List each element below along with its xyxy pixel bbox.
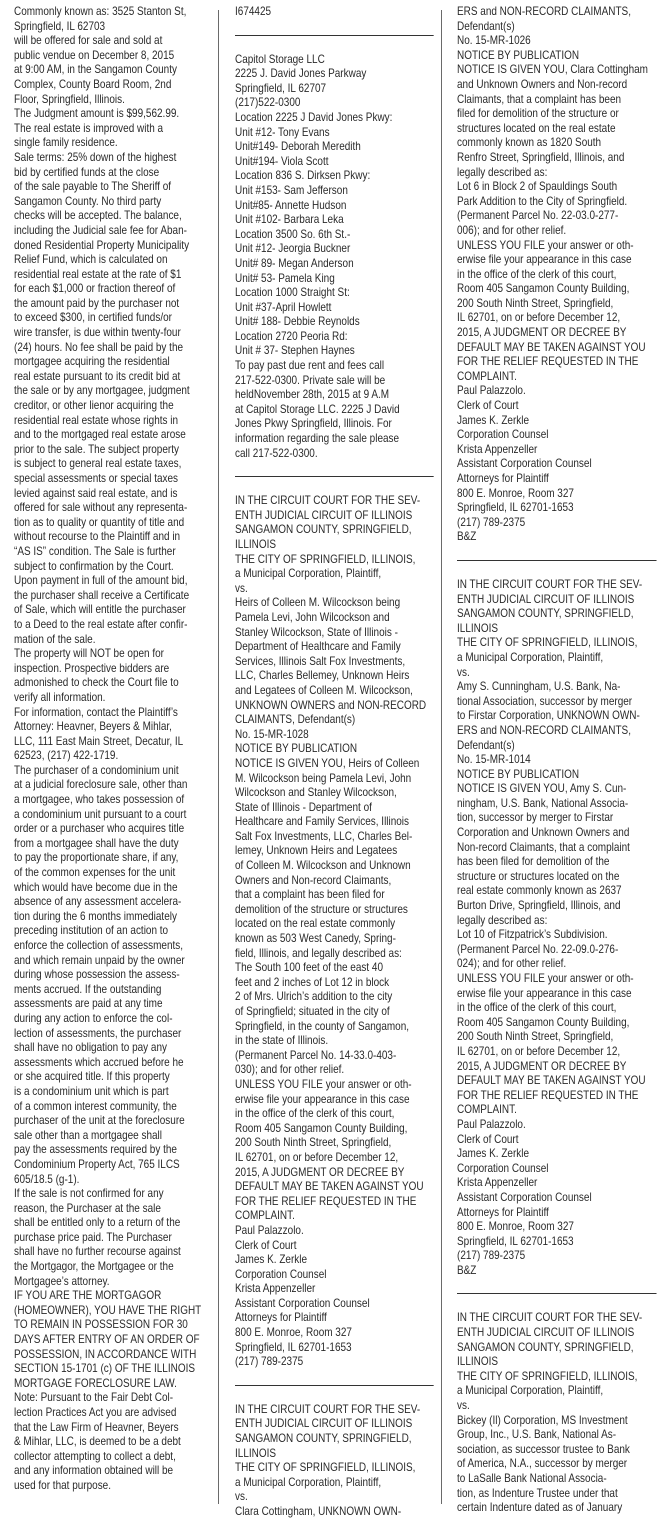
notice-text-line: located on the real estate commonly: [235, 917, 434, 932]
legal-notice: Capitol Storage LLC2225 J. David Jones P…: [235, 53, 434, 462]
notice-text-line: 024); and for other relief.: [457, 957, 657, 972]
notice-text-line: known as 503 West Canedy, Spring-: [235, 932, 434, 947]
notice-text-line: (217)522-0300: [235, 96, 434, 111]
notice-text-line: ERS and NON-RECORD CLAIMANTS,: [457, 5, 657, 20]
notice-text-line: feet and 2 inches of Lot 12 in block: [235, 976, 434, 991]
notice-text-line: legally described as:: [457, 166, 657, 181]
notice-text-line: Attorneys for Plaintiff: [235, 1311, 434, 1326]
notice-text-line: verify all information.: [14, 691, 213, 706]
notice-text-line: Complex, County Board Room, 2nd: [14, 78, 213, 93]
notice-text-line: “AS IS” condition. The Sale is further: [14, 545, 213, 560]
notice-text-line: lection Practices Act you are advised: [14, 1406, 213, 1421]
notice-text-line: Unit #153- Sam Jefferson: [235, 184, 434, 199]
column-divider-right: [441, 10, 442, 1504]
notice-text-line: Sale terms: 25% down of the highest: [14, 151, 213, 166]
notice-text-line: THE CITY OF SPRINGFIELD, ILLINOIS,: [457, 1370, 657, 1385]
notice-text-line: Attorneys for Plaintiff: [457, 1206, 657, 1221]
notice-text-line: call 217-522-0300.: [235, 447, 434, 462]
notice-text-line: to exceed $300, in certified funds/or: [14, 311, 213, 326]
notice-text-line: in the office of the clerk of this court…: [457, 1001, 657, 1016]
notice-text-line: Krista Appenzeller: [235, 1282, 434, 1297]
legal-notice: Commonly known as: 3525 Stanton St,Sprin…: [14, 5, 213, 1494]
notice-text-line: Assistant Corporation Counsel: [235, 1297, 434, 1312]
notice-text-line: SANGAMON COUNTY, SPRINGFIELD,: [457, 607, 657, 622]
column-right: ERS and NON-RECORD CLAIMANTS,Defendant(s…: [457, 5, 657, 1516]
notice-text-line: Note: Pursuant to the Fair Debt Col-: [14, 1391, 213, 1406]
notice-text-line: Claimants, that a complaint has been: [457, 93, 657, 108]
notice-text-line: Capitol Storage LLC: [235, 53, 434, 68]
notice-text-line: NOTICE BY PUBLICATION: [235, 742, 434, 757]
notice-text-line: tional Association, successor by merger: [457, 695, 657, 710]
notice-text-line: absence of any assessment accelera-: [14, 895, 213, 910]
notice-text-line: Springfield, IL 62701-1653: [235, 1341, 434, 1356]
notice-text-line: 200 South Ninth Street, Springfield,: [457, 1030, 657, 1045]
notice-text-line: 2015, A JUDGMENT OR DECREE BY: [235, 1166, 434, 1181]
notice-text-line: NOTICE IS GIVEN YOU, Amy S. Cun-: [457, 782, 657, 797]
notice-text-line: ments accrued. If the outstanding: [14, 983, 213, 998]
notice-text-line: in the office of the clerk of this court…: [457, 268, 657, 283]
notice-text-line: residential real estate at the rate of $…: [14, 268, 213, 283]
notice-text-line: doned Residential Property Municipality: [14, 239, 213, 254]
notice-text-line: a Municipal Corporation, Plaintiff,: [457, 651, 657, 666]
notice-text-line: CLAIMANTS, Defendant(s): [235, 713, 434, 728]
notice-text-line: Location 3500 So. 6th St.-: [235, 228, 434, 243]
notice-text-line: POSSESSION, IN ACCORDANCE WITH: [14, 1348, 213, 1363]
notice-text-line: creditor, or other lienor acquiring the: [14, 399, 213, 414]
notice-text-line: The Judgment amount is $99,562.99.: [14, 107, 213, 122]
notice-text-line: The property will NOT be open for: [14, 647, 213, 662]
notice-text-line: Floor, Springfield, Illinois.: [14, 93, 213, 108]
notice-text-line: 800 E. Monroe, Room 327: [235, 1326, 434, 1341]
notice-text-line: to a Deed to the real estate after confi…: [14, 618, 213, 633]
notice-text-line: filed for demolition of the structure or: [457, 107, 657, 122]
notice-text-line: Room 405 Sangamon County Building,: [235, 1122, 434, 1137]
notice-text-line: of the common expenses for the unit: [14, 866, 213, 881]
notice-text-line: ILLINOIS: [235, 538, 434, 553]
notice-text-line: Sangamon County. No third party: [14, 195, 213, 210]
notice-text-line: a condominium unit pursuant to a court: [14, 808, 213, 823]
notice-text-line: real estate commonly known as 2637: [457, 884, 657, 899]
notice-text-line: Renfro Street, Springfield, Illinois, an…: [457, 151, 657, 166]
notice-text-line: has been filed for demolition of the: [457, 855, 657, 870]
notice-text-line: single family residence.: [14, 136, 213, 151]
notice-text-line: wire transfer, is due within twenty-four: [14, 326, 213, 341]
notice-text-line: 200 South Ninth Street, Springfield,: [457, 297, 657, 312]
notice-text-line: Salt Fox Investments, LLC, Charles Bel-: [235, 830, 434, 845]
notice-text-line: information regarding the sale please: [235, 432, 434, 447]
notice-text-line: Clerk of Court: [457, 399, 657, 414]
notice-text-line: Paul Palazzolo.: [235, 1224, 434, 1239]
notice-text-line: Corporation and Unknown Owners and: [457, 826, 657, 841]
notice-text-line: collector attempting to collect a debt,: [14, 1450, 213, 1465]
notice-text-line: Room 405 Sangamon County Building,: [457, 282, 657, 297]
notice-text-line: erwise file your appearance in this case: [457, 987, 657, 1002]
notice-text-line: structure or structures located on the: [457, 870, 657, 885]
notice-text-line: a Municipal Corporation, Plaintiff,: [235, 1476, 434, 1491]
notice-text-line: Location 836 S. Dirksen Pkwy:: [235, 169, 434, 184]
notice-text-line: DEFAULT MAY BE TAKEN AGAINST YOU: [457, 1074, 657, 1089]
notice-text-line: The South 100 feet of the east 40: [235, 961, 434, 976]
notice-text-line: heldNovember 28th, 2015 at 9 A.M: [235, 388, 434, 403]
notice-text-line: M. Wilcockson being Pamela Levi, John: [235, 772, 434, 787]
notice-text-line: 800 E. Monroe, Room 327: [457, 487, 657, 502]
notice-text-line: FOR THE RELIEF REQUESTED IN THE: [457, 1089, 657, 1104]
notice-text-line: Springfield, IL 62701-1653: [457, 501, 657, 516]
notice-text-line: Clerk of Court: [457, 1133, 657, 1148]
notice-text-line: public vendue on December 8, 2015: [14, 49, 213, 64]
notice-text-line: from a mortgagee shall have the duty: [14, 837, 213, 852]
notice-text-line: Attorney: Heavner, Beyers & Mihlar,: [14, 720, 213, 735]
notice-text-line: ILLINOIS: [457, 622, 657, 637]
notice-text-line: Wilcockson and Stanley Wilcockson,: [235, 786, 434, 801]
notice-text-line: and Legatees of Colleen M. Wilcockson,: [235, 684, 434, 699]
notice-separator-rule: [235, 476, 434, 477]
notice-text-line: ningham, U.S. Bank, National Associa-: [457, 797, 657, 812]
notice-text-line: ENTH JUDICIAL CIRCUIT OF ILLINOIS: [457, 1326, 657, 1341]
notice-text-line: Location 2720 Peoria Rd:: [235, 330, 434, 345]
notice-text-line: at Capitol Storage LLC. 2225 J David: [235, 403, 434, 418]
notice-text-line: The purchaser of a condominium unit: [14, 764, 213, 779]
notice-text-line: I674425: [235, 5, 434, 20]
legal-notice: IN THE CIRCUIT COURT FOR THE SEV-ENTH JU…: [235, 1403, 434, 1520]
notice-text-line: ENTH JUDICIAL CIRCUIT OF ILLINOIS: [235, 509, 434, 524]
notice-text-line: Mortgagee’s attorney.: [14, 1275, 213, 1290]
notice-text-line: Unit #37-April Howlett: [235, 301, 434, 316]
notice-text-line: lection of assessments, the purchaser: [14, 1027, 213, 1042]
notice-text-line: legally described as:: [457, 914, 657, 929]
notice-text-line: demolition of the structure or structure…: [235, 903, 434, 918]
notice-text-line: Location 1000 Straight St:: [235, 286, 434, 301]
notice-text-line: (24) hours. No fee shall be paid by the: [14, 341, 213, 356]
notice-text-line: reason, the Purchaser at the sale: [14, 1202, 213, 1217]
notice-text-line: 006); and for other relief.: [457, 224, 657, 239]
notice-text-line: Springfield, IL 62707: [235, 82, 434, 97]
notice-text-line: prior to the sale. The subject property: [14, 443, 213, 458]
notice-text-line: James K. Zerkle: [457, 1147, 657, 1162]
notice-text-line: the sale or by any mortgagee, judgment: [14, 384, 213, 399]
notice-text-line: at a judicial foreclosure sale, other th…: [14, 778, 213, 793]
notice-text-line: shall be entitled only to a return of th…: [14, 1216, 213, 1231]
notice-text-line: LLC, 111 East Main Street, Decatur, IL: [14, 735, 213, 750]
notice-text-line: to Firstar Corporation, UNKNOWN OWN-: [457, 709, 657, 724]
notice-text-line: checks will be accepted. The balance,: [14, 209, 213, 224]
notice-text-line: vs.: [235, 1490, 434, 1505]
notice-text-line: during whose possession the assess-: [14, 968, 213, 983]
notice-text-line: mortgagee acquiring the residential: [14, 355, 213, 370]
notice-text-line: Commonly known as: 3525 Stanton St,: [14, 5, 213, 20]
notice-text-line: Assistant Corporation Counsel: [457, 457, 657, 472]
notice-text-line: pay the assessments required by the: [14, 1143, 213, 1158]
notice-text-line: (217) 789-2375: [457, 516, 657, 531]
notice-text-line: UNKNOWN OWNERS and NON-RECORD: [235, 699, 434, 714]
notice-text-line: Clerk of Court: [235, 1239, 434, 1254]
notice-text-line: UNLESS YOU FILE your answer or oth-: [457, 972, 657, 987]
notice-text-line: Jones Pkwy Springfield, Illinois. For: [235, 417, 434, 432]
notice-text-line: Non-record Claimants, that a complaint: [457, 841, 657, 856]
notice-text-line: Attorneys for Plaintiff: [457, 472, 657, 487]
notice-text-line: the purchaser shall receive a Certificat…: [14, 589, 213, 604]
notice-text-line: Paul Palazzolo.: [457, 1118, 657, 1133]
notice-text-line: tion during the 6 months immediately: [14, 910, 213, 925]
notice-text-line: inspection. Prospective bidders are: [14, 662, 213, 677]
notice-text-line: 217-522-0300. Private sale will be: [235, 374, 434, 389]
notice-separator-rule: [235, 35, 434, 36]
notice-text-line: Defendant(s): [457, 739, 657, 754]
notice-text-line: Paul Palazzolo.: [457, 384, 657, 399]
notice-text-line: 62523, (217) 422-1719.: [14, 749, 213, 764]
notice-text-line: NOTICE BY PUBLICATION: [457, 768, 657, 783]
notice-text-line: Amy S. Cunningham, U.S. Bank, Na-: [457, 680, 657, 695]
notice-text-line: 605/18.5 (g-1).: [14, 1173, 213, 1188]
notice-text-line: SECTION 15-1701 (c) OF THE ILLINOIS: [14, 1362, 213, 1377]
notice-text-line: IN THE CIRCUIT COURT FOR THE SEV-: [235, 1403, 434, 1418]
notice-text-line: Department of Healthcare and Family: [235, 640, 434, 655]
notice-text-line: Corporation Counsel: [235, 1268, 434, 1283]
notice-text-line: Upon payment in full of the amount bid,: [14, 574, 213, 589]
notice-text-line: Unit#85- Annette Hudson: [235, 199, 434, 214]
notice-text-line: or she acquired title. If this property: [14, 1070, 213, 1085]
notice-text-line: NOTICE IS GIVEN YOU, Heirs of Colleen: [235, 757, 434, 772]
notice-text-line: ILLINOIS: [457, 1355, 657, 1370]
notice-text-line: to pay the proportionate share, if any,: [14, 851, 213, 866]
notice-text-line: will be offered for sale and sold at: [14, 34, 213, 49]
notice-text-line: and Unknown Owners and Non-record: [457, 78, 657, 93]
notice-text-line: Springfield, IL 62703: [14, 20, 213, 35]
legal-notices-page: Commonly known as: 3525 Stanton St,Sprin…: [0, 0, 658, 1521]
notice-text-line: TO REMAIN IN POSSESSION FOR 30: [14, 1318, 213, 1333]
notice-text-line: Springfield, IL 62701-1653: [457, 1235, 657, 1250]
notice-text-line: IN THE CIRCUIT COURT FOR THE SEV-: [457, 1311, 657, 1326]
notice-text-line: for each $1,000 or fraction thereof of: [14, 282, 213, 297]
legal-notice: ERS and NON-RECORD CLAIMANTS,Defendant(s…: [457, 5, 657, 545]
notice-text-line: is subject to general real estate taxes,: [14, 457, 213, 472]
notice-text-line: James K. Zerkle: [235, 1253, 434, 1268]
notice-text-line: vs.: [457, 666, 657, 681]
notice-text-line: Defendant(s): [457, 20, 657, 35]
notice-text-line: Unit# 53- Pamela King: [235, 272, 434, 287]
notice-text-line: & Mihlar, LLC, is deemed to be a debt: [14, 1435, 213, 1450]
notice-text-line: commonly known as 1820 South: [457, 136, 657, 151]
notice-text-line: Springfield, in the county of Sangamon,: [235, 1020, 434, 1035]
notice-text-line: SANGAMON COUNTY, SPRINGFIELD,: [235, 1432, 434, 1447]
notice-text-line: Unit#194- Viola Scott: [235, 155, 434, 170]
notice-text-line: Assistant Corporation Counsel: [457, 1191, 657, 1206]
notice-text-line: shall have no further recourse against: [14, 1245, 213, 1260]
notice-text-line: Unit #102- Barbara Leka: [235, 213, 434, 228]
legal-notice: IN THE CIRCUIT COURT FOR THE SEV-ENTH JU…: [235, 494, 434, 1370]
notice-text-line: that the Law Firm of Heavner, Beyers: [14, 1421, 213, 1436]
notice-text-line: levied against said real estate, and is: [14, 487, 213, 502]
notice-text-line: LLC, Charles Bellemey, Unknown Heirs: [235, 669, 434, 684]
notice-text-line: FOR THE RELIEF REQUESTED IN THE: [235, 1195, 434, 1210]
notice-text-line: FOR THE RELIEF REQUESTED IN THE: [457, 355, 657, 370]
notice-text-line: Lot 6 in Block 2 of Spauldings South: [457, 180, 657, 195]
notice-text-line: The real estate is improved with a: [14, 122, 213, 137]
notice-text-line: IF YOU ARE THE MORTGAGOR: [14, 1289, 213, 1304]
notice-text-line: (217) 789-2375: [235, 1355, 434, 1370]
notice-text-line: preceding institution of an action to: [14, 924, 213, 939]
notice-text-line: tion as to quality or quantity of title …: [14, 516, 213, 531]
notice-text-line: purchase price paid. The Purchaser: [14, 1231, 213, 1246]
notice-text-line: IL 62701, on or before December 12,: [235, 1151, 434, 1166]
notice-text-line: (Permanent Parcel No. 22-09.0-276-: [457, 943, 657, 958]
notice-text-line: IN THE CIRCUIT COURT FOR THE SEV-: [235, 494, 434, 509]
notice-text-line: Relief Fund, which is calculated on: [14, 253, 213, 268]
notice-text-line: Unit# 89- Megan Anderson: [235, 257, 434, 272]
notice-text-line: field, Illinois, and legally described a…: [235, 947, 434, 962]
notice-text-line: and any information obtained will be: [14, 1464, 213, 1479]
notice-text-line: used for that purpose.: [14, 1479, 213, 1494]
notice-text-line: order or a purchaser who acquires title: [14, 822, 213, 837]
notice-text-line: mation of the sale.: [14, 633, 213, 648]
notice-text-line: vs.: [235, 582, 434, 597]
notice-text-line: UNLESS YOU FILE your answer or oth-: [457, 239, 657, 254]
notice-text-line: James K. Zerkle: [457, 414, 657, 429]
notice-text-line: purchaser of the unit at the foreclosure: [14, 1114, 213, 1129]
notice-text-line: Pamela Levi, John Wilcockson and: [235, 611, 434, 626]
notice-text-line: Room 405 Sangamon County Building,: [457, 1016, 657, 1031]
notice-text-line: IN THE CIRCUIT COURT FOR THE SEV-: [457, 578, 657, 593]
notice-text-line: lemey, Unknown Heirs and Legatees: [235, 844, 434, 859]
notice-text-line: Heirs of Colleen M. Wilcockson being: [235, 596, 434, 611]
notice-text-line: (Permanent Parcel No. 22-03.0-277-: [457, 209, 657, 224]
notice-text-line: including the Judicial sale fee for Aban…: [14, 224, 213, 239]
notice-text-line: No. 15-MR-1026: [457, 34, 657, 49]
notice-text-line: without recourse to the Plaintiff and in: [14, 530, 213, 545]
notice-text-line: of the sale payable to The Sheriff of: [14, 180, 213, 195]
notice-text-line: COMPLAINT.: [235, 1209, 434, 1224]
notice-text-line: during any action to enforce the col-: [14, 1012, 213, 1027]
notice-text-line: To pay past due rent and fees call: [235, 359, 434, 374]
notice-text-line: of Springfield; situated in the city of: [235, 1005, 434, 1020]
notice-text-line: assessments which accrued before he: [14, 1056, 213, 1071]
notice-text-line: No. 15-MR-1028: [235, 728, 434, 743]
notice-text-line: Burton Drive, Springfield, Illinois, and: [457, 899, 657, 914]
notice-text-line: Services, Illinois Salt Fox Investments,: [235, 655, 434, 670]
notice-text-line: Lot 10 of Fitzpatrick’s Subdivision.: [457, 928, 657, 943]
notice-text-line: in the office of the clerk of this court…: [235, 1107, 434, 1122]
notice-text-line: of Colleen M. Wilcockson and Unknown: [235, 859, 434, 874]
legal-notice: IN THE CIRCUIT COURT FOR THE SEV-ENTH JU…: [457, 578, 657, 1279]
notice-text-line: THE CITY OF SPRINGFIELD, ILLINOIS,: [235, 1461, 434, 1476]
notice-text-line: in the state of Illinois.: [235, 1034, 434, 1049]
notice-text-line: Condominium Property Act, 765 ILCS: [14, 1158, 213, 1173]
notice-text-line: at 9:00 AM, in the Sangamon County: [14, 63, 213, 78]
notice-text-line: residential real estate whose rights in: [14, 414, 213, 429]
notice-text-line: bid by certified funds at the close: [14, 166, 213, 181]
notice-text-line: sale other than a mortgagee shall: [14, 1129, 213, 1144]
notice-text-line: IL 62701, on or before December 12,: [457, 1045, 657, 1060]
notice-text-line: offered for sale without any representa-: [14, 501, 213, 516]
notice-text-line: (HOMEOWNER), YOU HAVE THE RIGHT: [14, 1304, 213, 1319]
notice-text-line: vs.: [457, 1399, 657, 1414]
legal-notice: IN THE CIRCUIT COURT FOR THE SEV-ENTH JU…: [457, 1311, 657, 1515]
notice-text-line: Unit# 188- Debbie Reynolds: [235, 315, 434, 330]
notice-text-line: COMPLAINT.: [457, 1103, 657, 1118]
notice-text-line: erwise file your appearance in this case: [457, 253, 657, 268]
notice-text-line: the Mortgagor, the Mortgagee or the: [14, 1260, 213, 1275]
column-middle: I674425Capitol Storage LLC2225 J. David …: [235, 5, 434, 1520]
notice-text-line: DEFAULT MAY BE TAKEN AGAINST YOU: [235, 1180, 434, 1195]
notice-text-line: B&Z: [457, 1264, 657, 1279]
notice-text-line: and to the mortgaged real estate arose: [14, 428, 213, 443]
notice-text-line: 2015, A JUDGMENT OR DECREE BY: [457, 1060, 657, 1075]
notice-text-line: ILLINOIS: [235, 1447, 434, 1462]
notice-text-line: tion, successor by merger to Firstar: [457, 811, 657, 826]
notice-text-line: is a condominium unit which is part: [14, 1085, 213, 1100]
notice-text-line: Unit#149- Deborah Meredith: [235, 140, 434, 155]
notice-text-line: certain Indenture dated as of January: [457, 1501, 657, 1516]
notice-text-line: Owners and Non-record Claimants,: [235, 874, 434, 889]
notice-text-line: IL 62701, on or before December 12,: [457, 311, 657, 326]
notice-text-line: of America, N.A., successor by merger: [457, 1457, 657, 1472]
notice-text-line: ERS and NON-RECORD CLAIMANTS,: [457, 724, 657, 739]
notice-text-line: sociation, as successor trustee to Bank: [457, 1443, 657, 1458]
notice-text-line: special assessments or special taxes: [14, 472, 213, 487]
notice-separator-rule: [457, 560, 657, 561]
notice-text-line: 800 E. Monroe, Room 327: [457, 1220, 657, 1235]
notice-text-line: 200 South Ninth Street, Springfield,: [235, 1136, 434, 1151]
notice-text-line: DAYS AFTER ENTRY OF AN ORDER OF: [14, 1333, 213, 1348]
notice-text-line: erwise file your appearance in this case: [235, 1093, 434, 1108]
notice-text-line: COMPLAINT.: [457, 370, 657, 385]
notice-text-line: Krista Appenzeller: [457, 443, 657, 458]
notice-text-line: DEFAULT MAY BE TAKEN AGAINST YOU: [457, 341, 657, 356]
notice-text-line: the amount paid by the purchaser not: [14, 297, 213, 312]
notice-text-line: Park Addition to the City of Springfield…: [457, 195, 657, 210]
notice-text-line: a Municipal Corporation, Plaintiff,: [235, 567, 434, 582]
notice-text-line: MORTGAGE FORECLOSURE LAW.: [14, 1377, 213, 1392]
notice-text-line: UNLESS YOU FILE your answer or oth-: [235, 1078, 434, 1093]
notice-text-line: and which remain unpaid by the owner: [14, 954, 213, 969]
notice-text-line: Corporation Counsel: [457, 428, 657, 443]
notice-text-line: NOTICE BY PUBLICATION: [457, 49, 657, 64]
notice-text-line: NOTICE IS GIVEN YOU, Clara Cottingham: [457, 63, 657, 78]
notice-text-line: structures located on the real estate: [457, 122, 657, 137]
notice-text-line: Unit # 37- Stephen Haynes: [235, 344, 434, 359]
notice-text-line: a mortgagee, who takes possession of: [14, 793, 213, 808]
notice-text-line: Group, Inc., U.S. Bank, National As-: [457, 1428, 657, 1443]
notice-text-line: Location 2225 J David Jones Pkwy:: [235, 111, 434, 126]
notice-text-line: Krista Appenzeller: [457, 1176, 657, 1191]
notice-text-line: THE CITY OF SPRINGFIELD, ILLINOIS,: [235, 553, 434, 568]
notice-text-line: SANGAMON COUNTY, SPRINGFIELD,: [457, 1341, 657, 1356]
notice-text-line: No. 15-MR-1014: [457, 753, 657, 768]
notice-text-line: 2015, A JUDGMENT OR DECREE BY: [457, 326, 657, 341]
notice-text-line: which would have become due in the: [14, 881, 213, 896]
notice-text-line: If the sale is not confirmed for any: [14, 1187, 213, 1202]
notice-text-line: SANGAMON COUNTY, SPRINGFIELD,: [235, 523, 434, 538]
notice-text-line: Unit #12- Jeorgia Buckner: [235, 242, 434, 257]
notice-text-line: ENTH JUDICIAL CIRCUIT OF ILLINOIS: [457, 593, 657, 608]
column-divider-left: [218, 10, 219, 1504]
notice-text-line: that a complaint has been filed for: [235, 888, 434, 903]
notice-text-line: Unit #12- Tony Evans: [235, 126, 434, 141]
notice-text-line: For information, contact the Plaintiff’s: [14, 706, 213, 721]
notice-text-line: 030); and for other relief.: [235, 1063, 434, 1078]
legal-notice: I674425: [235, 5, 434, 20]
notice-separator-rule: [235, 1385, 434, 1386]
notice-text-line: of Sale, which will entitle the purchase…: [14, 603, 213, 618]
notice-text-line: State of Illinois - Department of: [235, 801, 434, 816]
notice-text-line: Corporation Counsel: [457, 1162, 657, 1177]
notice-text-line: (217) 789-2375: [457, 1249, 657, 1264]
notice-text-line: (Permanent Parcel No. 14-33.0-403-: [235, 1049, 434, 1064]
notice-text-line: a Municipal Corporation, Plaintiff,: [457, 1384, 657, 1399]
notice-text-line: Healthcare and Family Services, Illinois: [235, 815, 434, 830]
notice-text-line: Stanley Wilcockson, State of Illinois -: [235, 626, 434, 641]
notice-text-line: assessments are paid at any time: [14, 997, 213, 1012]
